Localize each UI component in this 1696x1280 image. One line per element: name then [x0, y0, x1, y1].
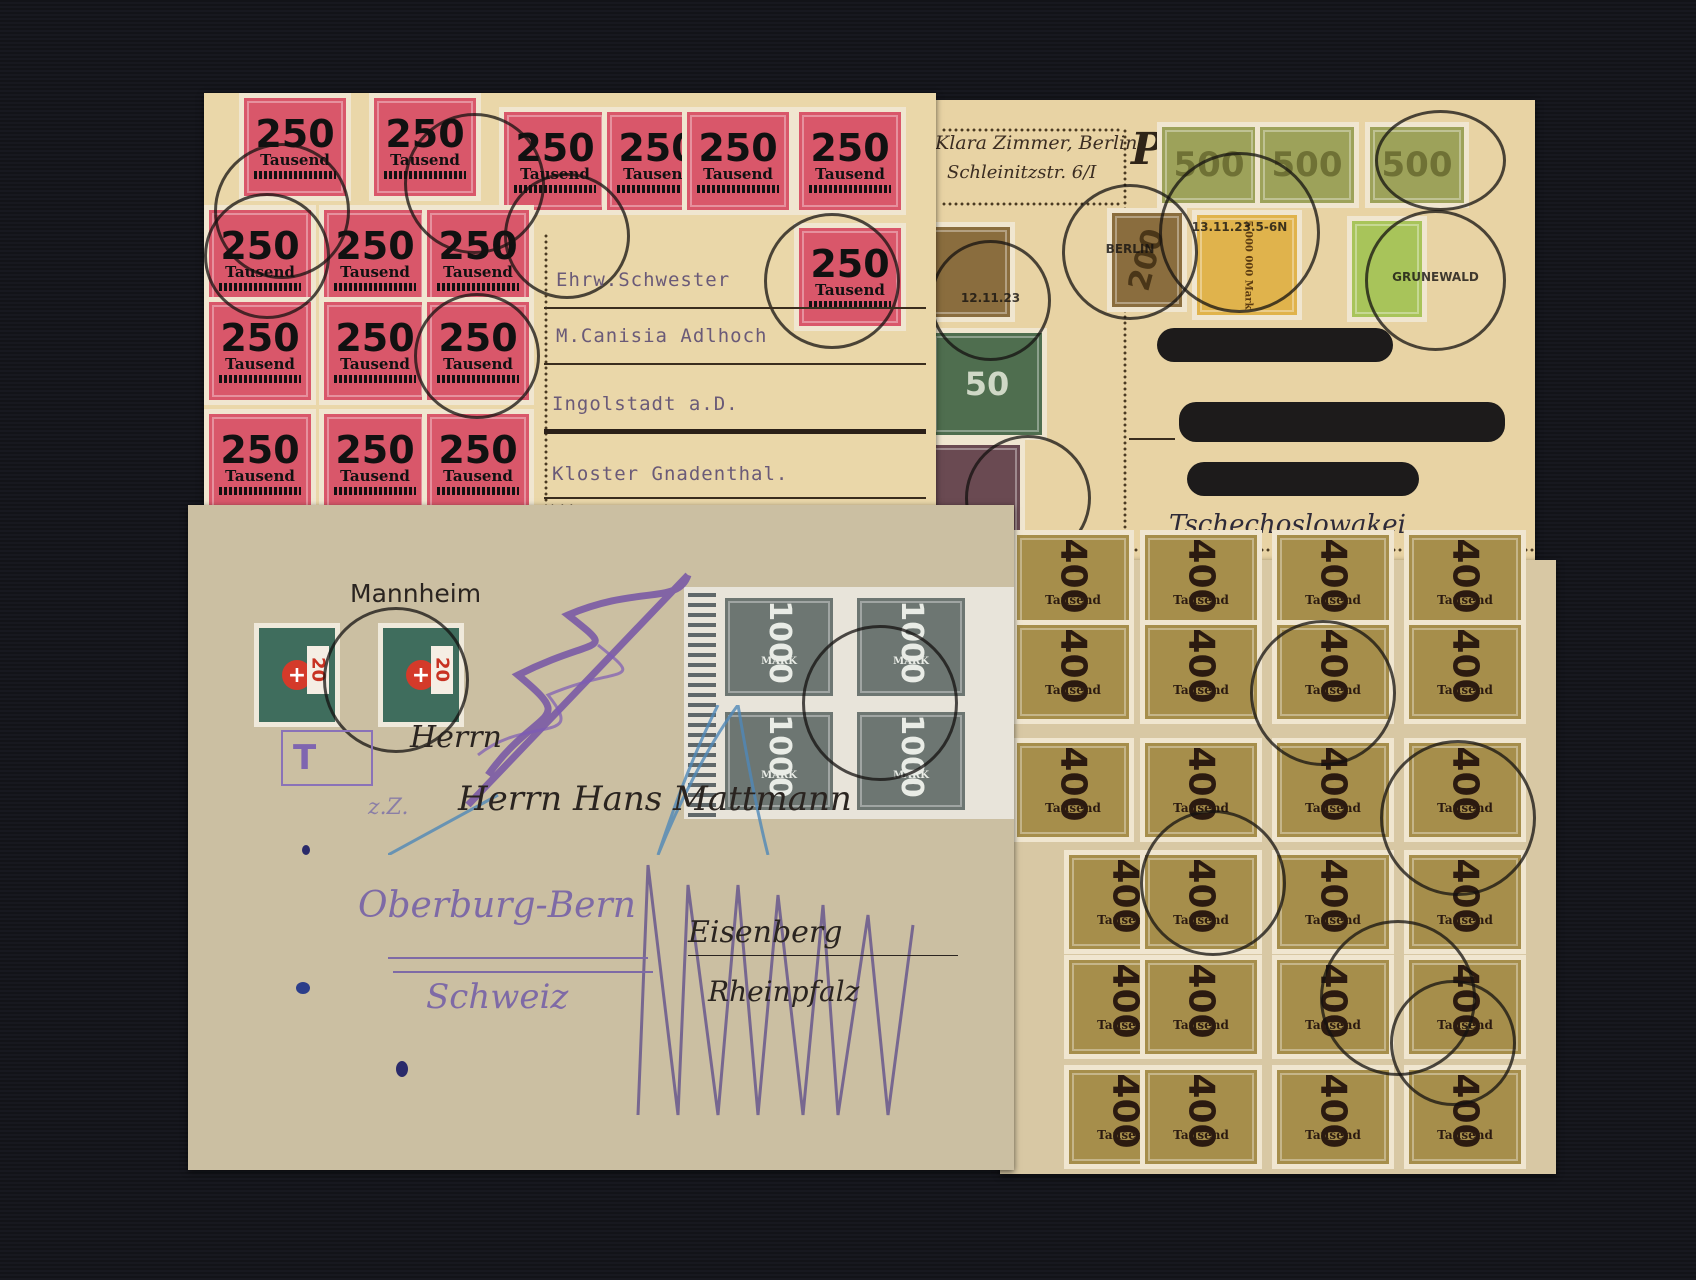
address-rule: [544, 363, 926, 365]
underline: [688, 955, 958, 956]
stamp-400-tausend: 400Tausend: [1404, 620, 1526, 724]
stamp-400-tausend: 400Tausend: [1012, 738, 1134, 842]
stamp-200-mark: 200: [1107, 208, 1187, 312]
stamp-250-tausend: 250Tausend: [319, 409, 431, 517]
swiss-postage-due-stamp: + 20: [254, 623, 340, 727]
address-rule-thick: [544, 429, 926, 434]
stamp-400-tausend: 400Tausend: [1272, 738, 1394, 842]
stamp-500-mark: 500: [1157, 122, 1261, 208]
stamp-250-tausend: 250Tausend: [369, 93, 481, 201]
stamp-1000-mark: 1000MARK: [852, 593, 970, 701]
stamp-5-million-mark: 5 000 000 Mark: [1192, 210, 1302, 320]
place-oberburg-bern: Oberburg-Bern: [358, 885, 636, 926]
form-divider: [1123, 128, 1127, 568]
handwriting-prefix: z.Z.: [368, 795, 408, 820]
redacted-address-line: [1157, 328, 1393, 362]
stamp-400-tausend: 400Tausend: [1272, 955, 1394, 1059]
stamp-400-tausend: 400Tausend: [1404, 530, 1526, 634]
stamp-400-tausend: 400Tausend: [1272, 620, 1394, 724]
stamp-250-tausend: 250Tausend: [794, 223, 906, 331]
stamp-400-tausend: 400Tausend: [1272, 1065, 1394, 1169]
stamp-250-tausend: 250Tausend: [422, 409, 534, 517]
stamp-250-tausend: 250Tausend: [319, 297, 431, 405]
stamp-400-tausend: 400Tausend: [1404, 955, 1526, 1059]
stamp-400-tausend: 400Tausend: [1140, 1065, 1262, 1169]
forward-eisenberg: Eisenberg: [688, 915, 842, 950]
stamp-400-tausend: 400Tausend: [1404, 1065, 1526, 1169]
stamp-250-tausend: 250Tausend: [499, 107, 611, 215]
stamp-50-rentenpfennig: 50: [927, 328, 1047, 440]
mannheim-envelope: Mannheim + 20 + 20 T 1000MARK1000MARK100…: [188, 505, 1014, 1170]
stamp-250-tausend: 250Tausend: [239, 93, 351, 201]
ink-spot: [396, 1061, 408, 1077]
address-rule: [544, 497, 926, 499]
address-line-2: M.Canisia Adlhoch: [556, 325, 767, 347]
addressee-name: Herrn Hans Mattmann: [458, 779, 852, 819]
stamp-400-tausend: 400Tausend: [1272, 850, 1394, 954]
stamp-400-tausend: 400Tausend: [1140, 955, 1262, 1059]
stamp-250-tausend: 250Tausend: [204, 409, 316, 517]
stamp-500-mark: 500: [1365, 122, 1469, 208]
address-line-3: Ingolstadt a.D.: [552, 393, 739, 415]
stamp-400-tausend: 400Tausend: [1404, 738, 1526, 842]
stamp-1000-mark: 1000MARK: [720, 593, 838, 701]
stamp-green-mark: [1347, 216, 1427, 322]
ink-spot: [302, 845, 310, 855]
stamp-250-tausend: 250Tausend: [204, 297, 316, 405]
postage-due-t-mark: T: [281, 730, 373, 786]
stamp-400-tausend: 400Tausend: [1140, 530, 1262, 634]
stamp-500-mark: 500: [1255, 122, 1359, 208]
address-line-1: Ehrw.Schwester: [556, 269, 730, 291]
berlin-postcard: Klara Zimmer, Berlin- Schleinitzstr. 6/I…: [935, 100, 1535, 570]
sender-street: Schleinitzstr. 6/I: [947, 162, 1096, 183]
place-schweiz: Schweiz: [426, 977, 568, 1017]
salutation-herrn: Herrn: [410, 720, 502, 755]
strike-line: [393, 971, 653, 973]
address-line-4: Kloster Gnadenthal.: [552, 463, 788, 485]
stamp-400-tausend: 400Tausend: [1012, 530, 1134, 634]
stamp-strip-400-tausend: 400Tausend400Tausend400Tausend400Tausend…: [1000, 560, 1556, 1174]
address-rule: [1129, 438, 1175, 440]
address-rule: [544, 307, 926, 309]
stamp-250-tausend: 250Tausend: [422, 297, 534, 405]
form-border: [941, 202, 1121, 206]
stamp-400-tausend: 400Tausend: [1140, 738, 1262, 842]
stamp-250-tausend: 250Tausend: [794, 107, 906, 215]
ink-blot: [296, 982, 310, 994]
sender-name: Klara Zimmer, Berlin-: [935, 132, 1144, 154]
stamp-brown-mark: [925, 222, 1015, 322]
stamp-400-tausend: 400Tausend: [1140, 620, 1262, 724]
stamp-400-tausend: 400Tausend: [1140, 850, 1262, 954]
stamp-250-tausend: 250Tausend: [682, 107, 794, 215]
stamp-400-tausend: 400Tausend: [1404, 850, 1526, 954]
forward-rheinpfalz: Rheinpfalz: [708, 975, 859, 1008]
redacted-address-line: [1179, 402, 1505, 442]
redacted-address-line: [1187, 462, 1419, 496]
strike-line: [388, 957, 648, 959]
stamp-400-tausend: 400Tausend: [1272, 530, 1394, 634]
stamp-400-tausend: 400Tausend: [1012, 620, 1134, 724]
